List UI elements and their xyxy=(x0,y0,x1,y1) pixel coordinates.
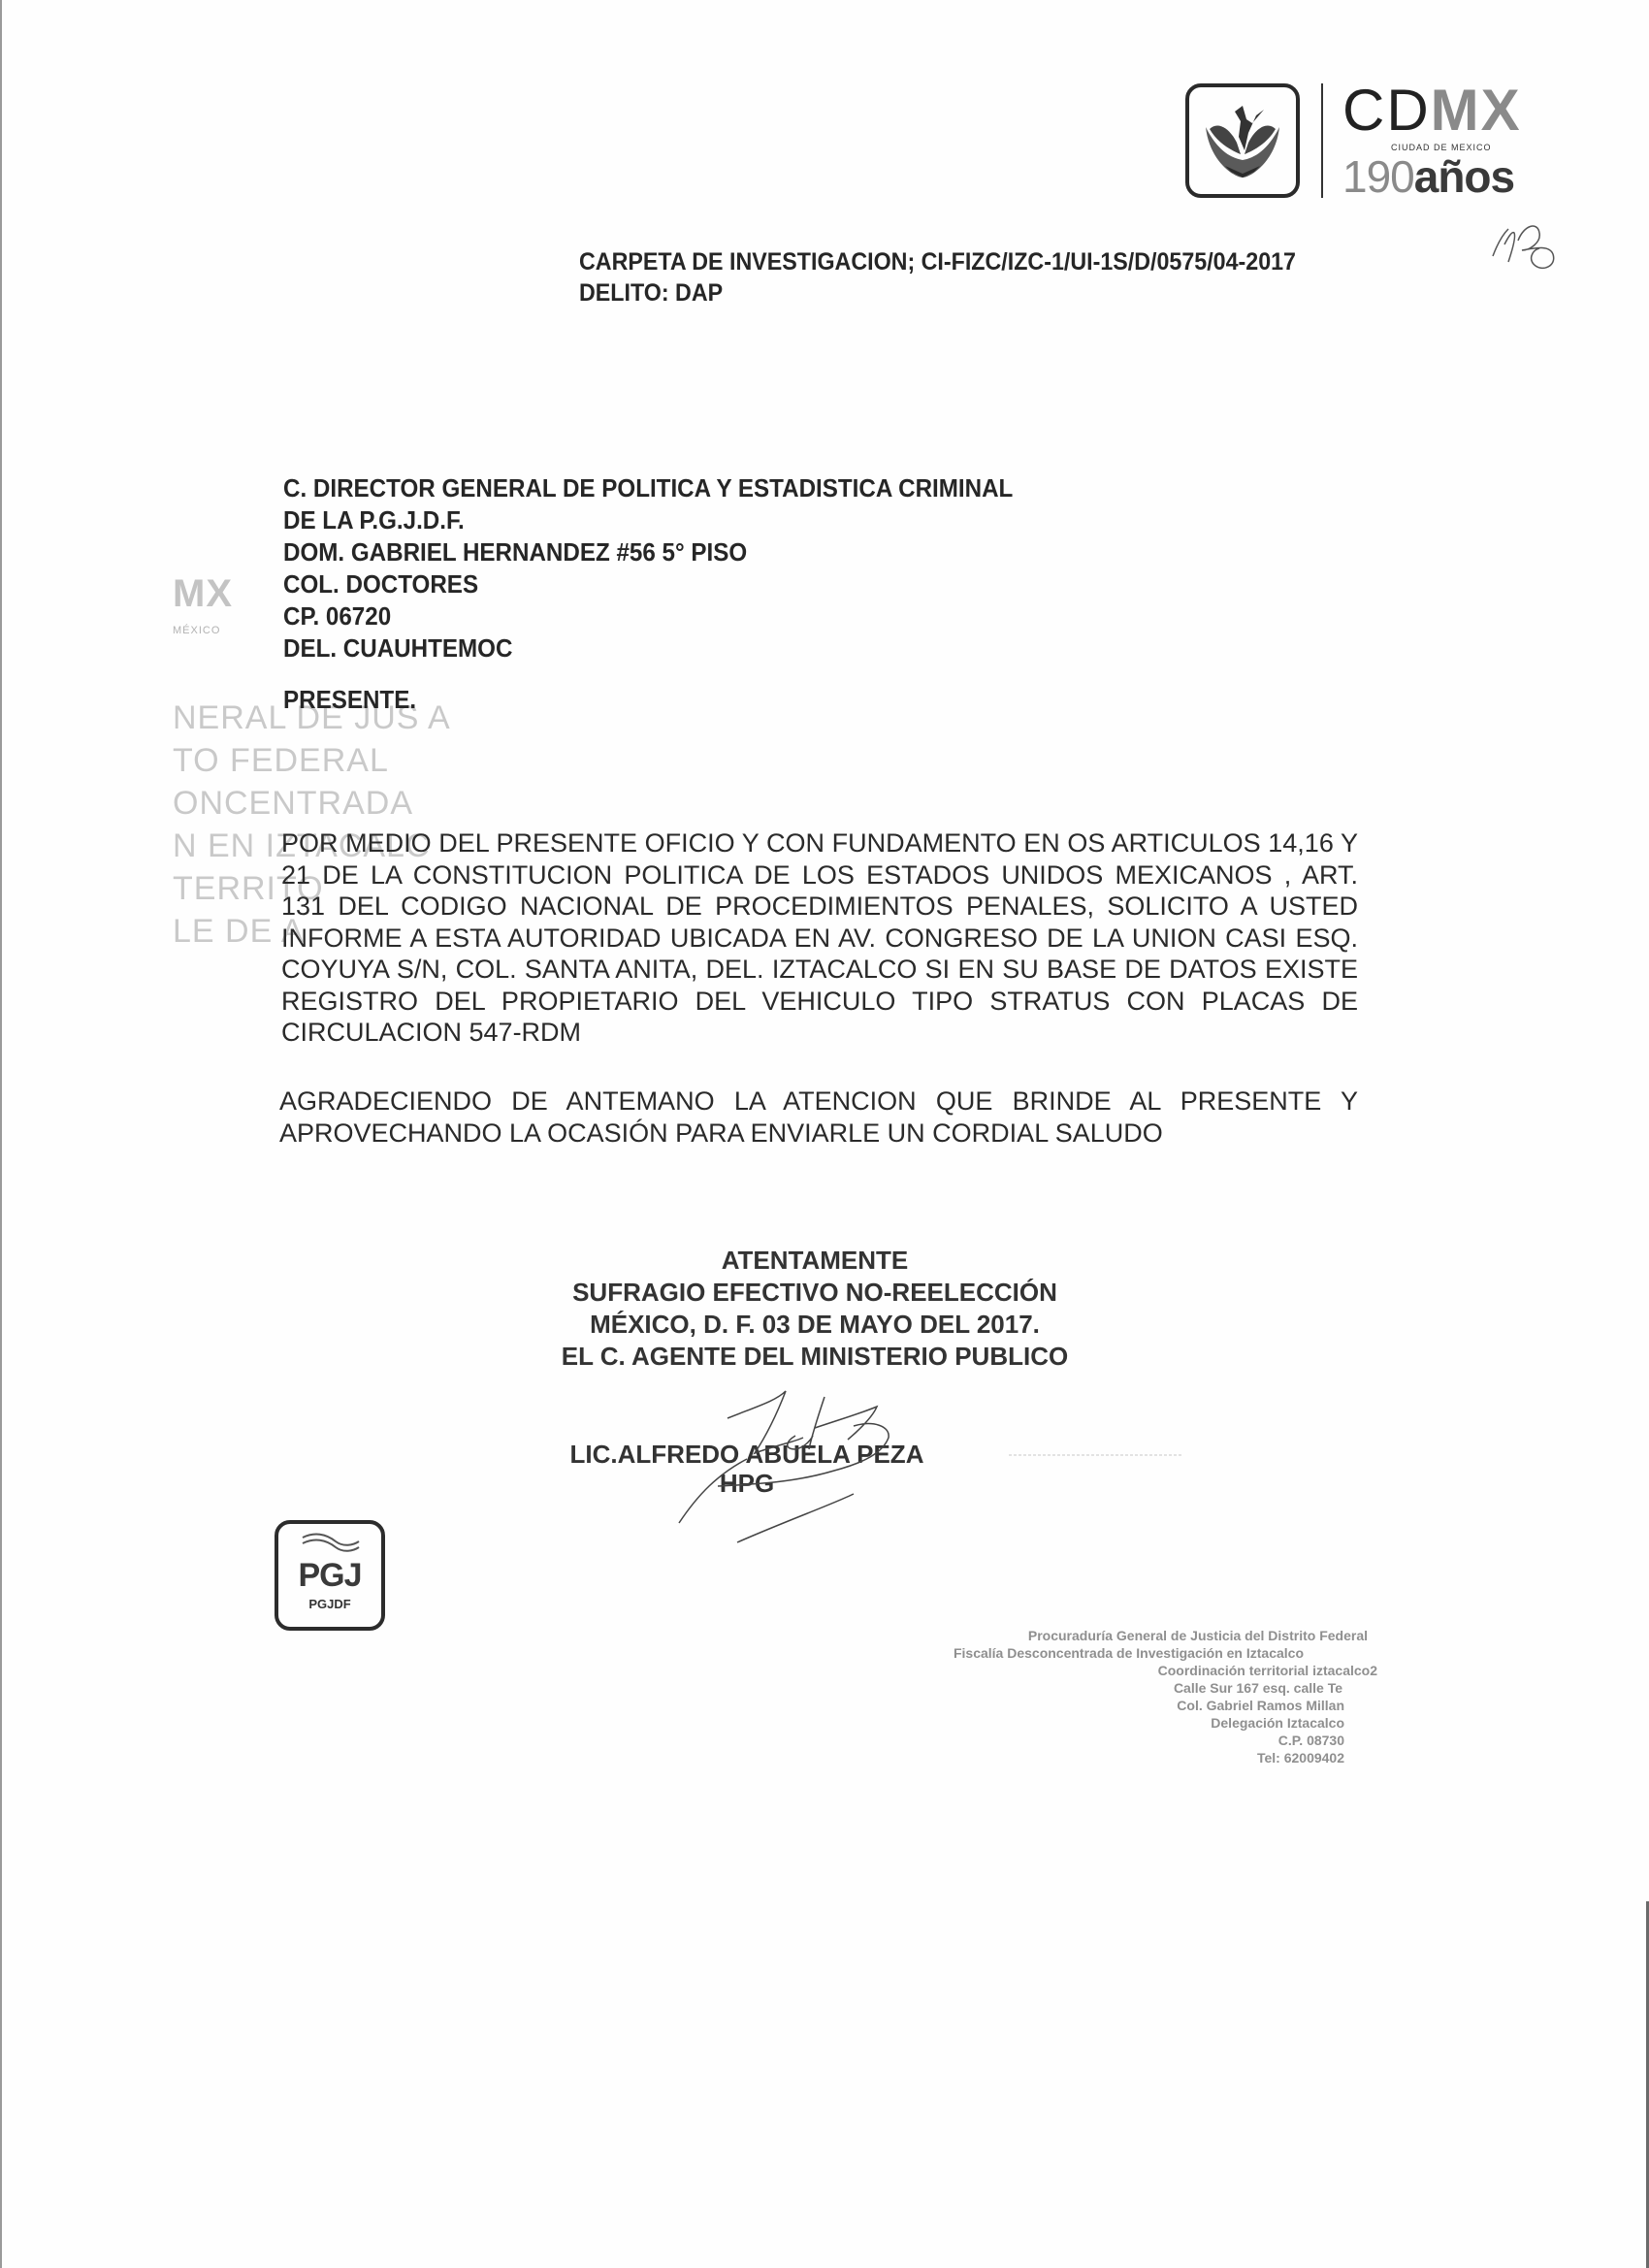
salutation: PRESENTE. xyxy=(283,684,1013,716)
case-number: CARPETA DE INVESTIGACION; CI-FIZC/IZC-1/… xyxy=(579,246,1296,277)
signer-initials: HPG xyxy=(485,1469,1009,1498)
footer-line: Delegación Iztacalco xyxy=(954,1714,1344,1732)
document-page: CDMX CIUDAD DE MEXICO 190años CARPETA DE… xyxy=(0,0,1649,2268)
closing-paragraph: AGRADECIENDO DE ANTEMANO LA ATENCION QUE… xyxy=(279,1085,1358,1149)
signer-name: LIC.ALFREDO ABUELA PEZA xyxy=(485,1440,1009,1469)
addressee-block: C. DIRECTOR GENERAL DE POLITICA Y ESTADI… xyxy=(283,472,1013,716)
footer-line: Procuraduría General de Justicia del Dis… xyxy=(954,1627,1368,1644)
cdmx-logo: CDMX CIUDAD DE MEXICO 190años xyxy=(1185,81,1522,199)
place-date: MÉXICO, D. F. 03 DE MAYO DEL 2017. xyxy=(485,1309,1145,1341)
addressee-line: COL. DOCTORES xyxy=(283,568,1013,600)
handwritten-folio-mark xyxy=(1479,211,1567,279)
footer-address: Procuraduría General de Justicia del Dis… xyxy=(954,1627,1350,1766)
sign-off: ATENTAMENTE xyxy=(485,1245,1145,1277)
brand-anniversary: 190años xyxy=(1342,154,1522,199)
signer-title: EL C. AGENTE DEL MINISTERIO PUBLICO xyxy=(485,1341,1145,1373)
addressee-line: C. DIRECTOR GENERAL DE POLITICA Y ESTADI… xyxy=(283,472,1013,504)
addressee-line: DEL. CUAUHTEMOC xyxy=(283,632,1013,664)
signer: LIC.ALFREDO ABUELA PEZA HPG xyxy=(485,1440,1009,1498)
pgj-logo: PGJ PGJDF xyxy=(275,1520,385,1631)
footer-line: Fiscalía Desconcentrada de Investigación… xyxy=(954,1644,1304,1662)
footer-line: Tel: 62009402 xyxy=(954,1749,1344,1766)
cdmx-emblem-icon xyxy=(1185,83,1300,198)
addressee-line: DE LA P.G.J.D.F. xyxy=(283,504,1013,536)
footer-line: Calle Sur 167 esq. calle Te xyxy=(954,1679,1342,1697)
logo-divider xyxy=(1321,83,1323,198)
pgj-waves-icon xyxy=(291,1530,369,1555)
case-header: CARPETA DE INVESTIGACION; CI-FIZC/IZC-1/… xyxy=(579,246,1296,308)
pgj-logo-main: PGJ xyxy=(278,1560,381,1591)
body-paragraph: POR MEDIO DEL PRESENTE OFICIO Y CON FUND… xyxy=(281,827,1358,1049)
addressee-line: CP. 06720 xyxy=(283,600,1013,632)
footer-line: Coordinación territorial iztacalco2 xyxy=(954,1662,1377,1679)
addressee-line: DOM. GABRIEL HERNANDEZ #56 5° PISO xyxy=(283,536,1013,568)
motto: SUFRAGIO EFECTIVO NO-REELECCIÓN xyxy=(485,1277,1145,1309)
offense: DELITO: DAP xyxy=(579,277,1296,308)
footer-line: Col. Gabriel Ramos Millan xyxy=(954,1697,1344,1714)
pgj-logo-sub: PGJDF xyxy=(278,1597,381,1611)
brand-name: CDMX xyxy=(1342,81,1522,140)
footer-line: C.P. 08730 xyxy=(954,1732,1344,1749)
signature-block: ATENTAMENTE SUFRAGIO EFECTIVO NO-REELECC… xyxy=(485,1245,1145,1373)
scan-edge-left xyxy=(0,0,2,2268)
